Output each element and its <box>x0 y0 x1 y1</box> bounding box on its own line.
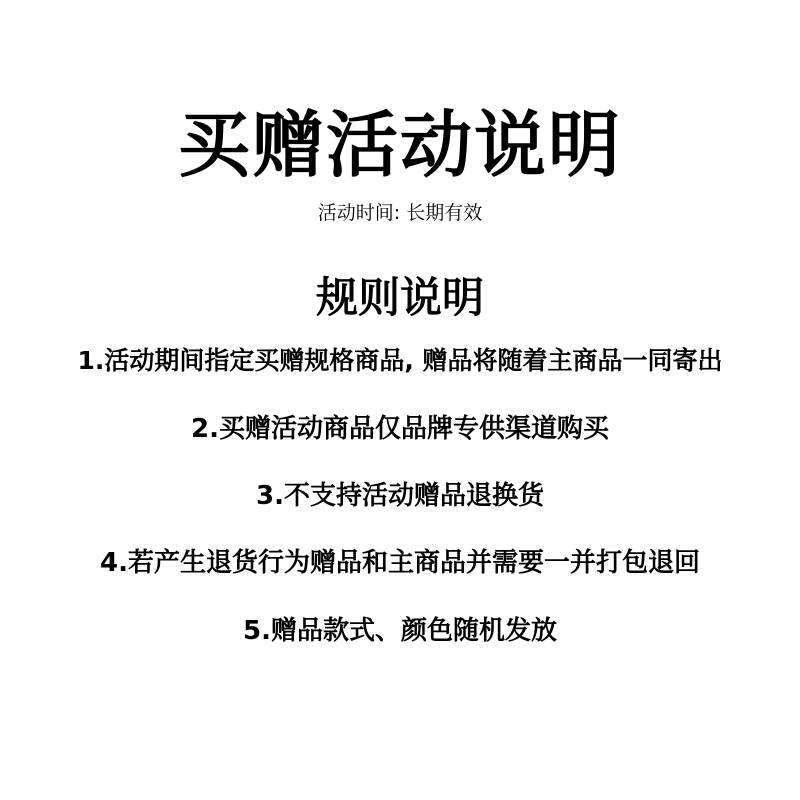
activity-period: 活动时间: 长期有效 <box>0 200 800 226</box>
rule-item: 2.买赠活动商品仅品牌专供渠道购买 <box>0 412 800 446</box>
rule-item: 1.活动期间指定买赠规格商品, 赠品将随着主商品一同寄出 <box>0 344 800 378</box>
rules-heading: 规则说明 <box>0 272 800 324</box>
rule-item: 3.不支持活动赠品退换货 <box>0 479 800 513</box>
page-title: 买赠活动说明 <box>0 105 800 185</box>
rule-item: 5.赠品款式、颜色随机发放 <box>0 614 800 648</box>
rule-item: 4.若产生退货行为赠品和主商品并需要一并打包退回 <box>0 546 800 580</box>
